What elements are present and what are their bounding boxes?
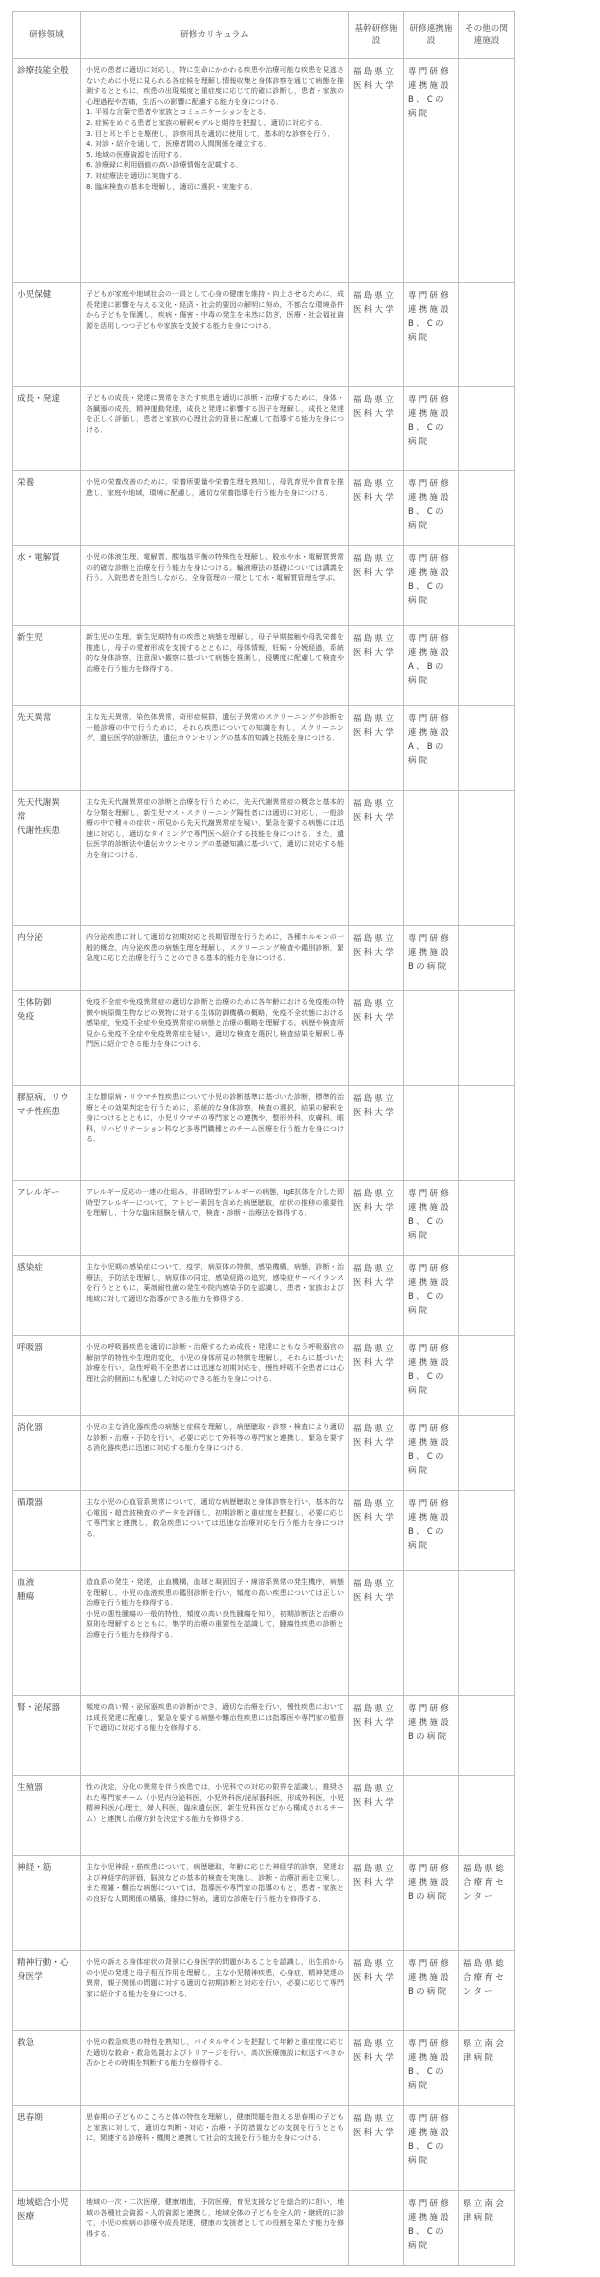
curriculum-text: 主な小児神経・筋疾患について，病歴聴取，年齢に応じた神経学的診察，発達および神経…: [86, 1862, 344, 1904]
cell-other-facility: [459, 926, 515, 991]
curriculum-text: 免疫不全症や免疫異常症の適切な診断と治療のために各年齢における免疫能の特徴や病原…: [86, 997, 344, 1050]
cell-base-facility: 福島県立医科大学: [349, 1571, 404, 1696]
cell-base-facility: 福島県立医科大学: [349, 791, 404, 926]
curriculum-table-container: 研修領域 研修カリキュラム 基幹研修施設 研修連携施設 その他の関連施設 診療技…: [12, 11, 515, 2266]
cell-curriculum: 内分泌疾患に対して適切な初期対応と長期管理を行うために，各種ホルモンの一般的概念…: [81, 926, 349, 991]
table-body: 診療技能全般小児の患者に適切に対応し，特に生命にかかわる疾患や治療可能な疾患を見…: [13, 59, 515, 2266]
cell-curriculum: 主な小児期の感染症について，疫学，病原体の特徴，感染機構，病態，診断・治療法，予…: [81, 1256, 349, 1336]
cell-partner-facility: [404, 991, 459, 1086]
area-line: 免疫: [17, 1010, 76, 1024]
curriculum-text: 小児の患者に適切に対応し，特に生命にかかわる疾患や治療可能な疾患を見逃さないため…: [86, 65, 344, 107]
cell-other-facility: 県立南会津病院: [459, 2191, 515, 2266]
cell-partner-facility: 専門研修連携施設Bの病院: [404, 1856, 459, 1951]
table-row: 栄養小児の栄養改善のために，栄養所要量や栄養生理を熟知し，母乳育児や食育を推進し…: [13, 471, 515, 546]
curriculum-list-item: 1. 平易な言葉で患者や家族とコミュニケーションをとる．: [86, 107, 344, 118]
curriculum-text: 思春期の子どものこころと体の特性を理解し，健康問題を抱える思春期の子どもと家族に…: [86, 2112, 344, 2144]
cell-other-facility: [459, 791, 515, 926]
area-line: 先天代謝異: [17, 796, 76, 810]
cell-partner-facility: [404, 1776, 459, 1856]
cell-other-facility: [459, 1696, 515, 1776]
cell-partner-facility: 専門研修連携施設A、Bの病院: [404, 706, 459, 791]
curriculum-text: アレルギー反応の一連の仕組み，非即時型アレルギーの病態，IgE抗体を介した即時型…: [86, 1187, 344, 1219]
table-row: 思春期思春期の子どものこころと体の特性を理解し，健康問題を抱える思春期の子どもと…: [13, 2106, 515, 2191]
cell-area: 小児保健: [13, 283, 81, 387]
table-row: 先天異常主な先天異常，染色体異常，奇形症候群，遺伝子異常のスクリーニングや診断を…: [13, 706, 515, 791]
cell-area: 地域総合小児医療: [13, 2191, 81, 2266]
curriculum-text: 小児の呼吸器疾患を適切に診断・治療するため成長・発達にともなう呼吸器官の解剖学的…: [86, 1342, 344, 1384]
curriculum-text: 小児の訴える身体症状の背景に心身医学的問題があることを認識し，出生前からの小児の…: [86, 1957, 344, 1999]
cell-area: 救急: [13, 2031, 81, 2106]
table-row: 生殖器性の決定，分化の異常を伴う疾患では，小児科での対応の限界を認識し，推奨され…: [13, 1776, 515, 1856]
area-line: 常: [17, 810, 76, 824]
cell-other-facility: [459, 1336, 515, 1416]
table-row: 膠原病、リウマチ性疾患主な膠原病・リウマチ性疾患について小児の診断基準に基づいた…: [13, 1086, 515, 1181]
cell-area: 感染症: [13, 1256, 81, 1336]
cell-base-facility: 福島県立医科大学: [349, 1256, 404, 1336]
cell-area: アレルギー: [13, 1181, 81, 1256]
cell-other-facility: [459, 706, 515, 791]
cell-partner-facility: 専門研修連携施設Bの病院: [404, 1951, 459, 2031]
curriculum-list-item: 4. 対診・紹介を通して，医療者間の人間関係を確立する．: [86, 139, 344, 150]
cell-other-facility: [459, 59, 515, 283]
cell-curriculum: 主な先天代謝異常症の診断と治療を行うために，先天代謝異常症の概念と基本的な分類を…: [81, 791, 349, 926]
curriculum-list-item: 8. 臨床検査の基本を理解し，適切に選択・実施する．: [86, 182, 344, 193]
table-row: アレルギーアレルギー反応の一連の仕組み，非即時型アレルギーの病態，IgE抗体を介…: [13, 1181, 515, 1256]
curriculum-text: 小児の救急疾患の特性を熟知し，バイタルサインを把握して年齢と重症度に応じた適切な…: [86, 2037, 344, 2069]
cell-partner-facility: [404, 1086, 459, 1181]
curriculum-text: 主な先天代謝異常症の診断と治療を行うために，先天代謝異常症の概念と基本的な分類を…: [86, 797, 344, 861]
cell-curriculum: 小児の体液生理、電解質、酸塩基平衡の特殊性を理解し、脱水や水・電解質異常の的確な…: [81, 546, 349, 626]
cell-other-facility: 福島県総合療育センター: [459, 1856, 515, 1951]
table-row: 循環器主な小児の心血管系異常について，適切な病歴聴取と身体診察を行い，基本的な心…: [13, 1491, 515, 1571]
table-row: 新生児新生児の生理，新生児期特有の疾患と病態を理解し，母子早期接触や母乳栄養を推…: [13, 626, 515, 706]
cell-area: 内分泌: [13, 926, 81, 991]
cell-base-facility: 福島県立医科大学: [349, 1856, 404, 1951]
cell-other-facility: [459, 1571, 515, 1696]
cell-area: 血液腫瘍: [13, 1571, 81, 1696]
cell-curriculum: 小児の訴える身体症状の背景に心身医学的問題があることを認識し，出生前からの小児の…: [81, 1951, 349, 2031]
cell-curriculum: 小児の主な消化器疾患の病態と症候を理解し，病歴聴取・診察・検査により適切な診断・…: [81, 1416, 349, 1491]
cell-base-facility: 福島県立医科大学: [349, 546, 404, 626]
cell-area: 生殖器: [13, 1776, 81, 1856]
cell-other-facility: [459, 283, 515, 387]
curriculum-table: 研修領域 研修カリキュラム 基幹研修施設 研修連携施設 その他の関連施設 診療技…: [12, 11, 515, 2266]
cell-partner-facility: 専門研修連携施設B、Cの病院: [404, 2106, 459, 2191]
area-line: 代謝性疾患: [17, 824, 76, 838]
cell-area: 先天代謝異常代謝性疾患: [13, 791, 81, 926]
cell-partner-facility: 専門研修連携施設B、Cの病院: [404, 471, 459, 546]
table-row: 成長・発達子どもの成長・発達に異常をきたす疾患を適切に診断・治療するために，身体…: [13, 387, 515, 471]
cell-area: 腎・泌尿器: [13, 1696, 81, 1776]
table-row: 救急小児の救急疾患の特性を熟知し，バイタルサインを把握して年齢と重症度に応じた適…: [13, 2031, 515, 2106]
cell-base-facility: 福島県立医科大学: [349, 626, 404, 706]
cell-curriculum: 子どもの成長・発達に異常をきたす疾患を適切に診断・治療するために，身体・各臓器の…: [81, 387, 349, 471]
cell-area: 診療技能全般: [13, 59, 81, 283]
table-row: 呼吸器小児の呼吸器疾患を適切に診断・治療するため成長・発達にともなう呼吸器官の解…: [13, 1336, 515, 1416]
cell-partner-facility: 専門研修連携施設A、Bの病院: [404, 626, 459, 706]
cell-other-facility: [459, 1181, 515, 1256]
curriculum-text: 主な小児期の感染症について，疫学，病原体の特徴，感染機構，病態，診断・治療法，予…: [86, 1262, 344, 1304]
cell-curriculum: 地域の一次・二次医療，健康増進，予防医療，育児支援などを総合的に担い，地域の各種…: [81, 2191, 349, 2266]
cell-base-facility: 福島県立医科大学: [349, 2106, 404, 2191]
cell-area: 新生児: [13, 626, 81, 706]
cell-curriculum: 主な膠原病・リウマチ性疾患について小児の診断基準に基づいた診断，標準的治療とその…: [81, 1086, 349, 1181]
table-row: 消化器小児の主な消化器疾患の病態と症候を理解し，病歴聴取・診察・検査により適切な…: [13, 1416, 515, 1491]
cell-partner-facility: 専門研修連携施設B、Cの病院: [404, 2031, 459, 2106]
cell-other-facility: [459, 1491, 515, 1571]
cell-curriculum: 思春期の子どものこころと体の特性を理解し，健康問題を抱える思春期の子どもと家族に…: [81, 2106, 349, 2191]
cell-base-facility: 福島県立医科大学: [349, 1336, 404, 1416]
cell-other-facility: [459, 546, 515, 626]
table-row: 先天代謝異常代謝性疾患主な先天代謝異常症の診断と治療を行うために，先天代謝異常症…: [13, 791, 515, 926]
curriculum-text: 新生児の生理，新生児期特有の疾患と病態を理解し，母子早期接触や母乳栄養を推進し，…: [86, 632, 344, 674]
curriculum-text: 性の決定，分化の異常を伴う疾患では，小児科での対応の限界を認識し，推奨された専門…: [86, 1782, 344, 1824]
area-line: 生体防御: [17, 996, 76, 1010]
table-row: 内分泌内分泌疾患に対して適切な初期対応と長期管理を行うために，各種ホルモンの一般…: [13, 926, 515, 991]
table-row: 地域総合小児医療地域の一次・二次医療，健康増進，予防医療，育児支援などを総合的に…: [13, 2191, 515, 2266]
cell-base-facility: 福島県立医科大学: [349, 1696, 404, 1776]
cell-base-facility: [349, 2191, 404, 2266]
cell-partner-facility: 専門研修連携施設Bの病院: [404, 1696, 459, 1776]
cell-other-facility: [459, 387, 515, 471]
cell-other-facility: [459, 1416, 515, 1491]
cell-other-facility: 福島県総合療育センター: [459, 1951, 515, 2031]
cell-other-facility: [459, 991, 515, 1086]
table-row: 感染症主な小児期の感染症について，疫学，病原体の特徴，感染機構，病態，診断・治療…: [13, 1256, 515, 1336]
cell-curriculum: 免疫不全症や免疫異常症の適切な診断と治療のために各年齢における免疫能の特徴や病原…: [81, 991, 349, 1086]
table-row: 水・電解質小児の体液生理、電解質、酸塩基平衡の特殊性を理解し、脱水や水・電解質異…: [13, 546, 515, 626]
table-row: 血液腫瘍造血系の発生・発達，止血機構，血球と凝固因子・線溶系異常の発生機序，病態…: [13, 1571, 515, 1696]
cell-partner-facility: 専門研修連携施設B、Cの病院: [404, 546, 459, 626]
cell-partner-facility: [404, 791, 459, 926]
table-row: 生体防御免疫免疫不全症や免疫異常症の適切な診断と治療のために各年齢における免疫能…: [13, 991, 515, 1086]
cell-curriculum: 小児の救急疾患の特性を熟知し，バイタルサインを把握して年齢と重症度に応じた適切な…: [81, 2031, 349, 2106]
cell-curriculum: 新生児の生理，新生児期特有の疾患と病態を理解し，母子早期接触や母乳栄養を推進し，…: [81, 626, 349, 706]
cell-area: 先天異常: [13, 706, 81, 791]
cell-partner-facility: 専門研修連携施設B、Cの病院: [404, 1181, 459, 1256]
curriculum-text: 主な膠原病・リウマチ性疾患について小児の診断基準に基づいた診断，標準的治療とその…: [86, 1092, 344, 1145]
cell-base-facility: 福島県立医科大学: [349, 1086, 404, 1181]
cell-curriculum: 子どもが家庭や地域社会の一員として心身の健康を維持・向上させるために，成長発達に…: [81, 283, 349, 387]
cell-curriculum: 性の決定，分化の異常を伴う疾患では，小児科での対応の限界を認識し，推奨された専門…: [81, 1776, 349, 1856]
curriculum-text: 小児の栄養改善のために，栄養所要量や栄養生理を熟知し，母乳育児や食育を推進し，家…: [86, 477, 344, 498]
curriculum-list-item: 2. 症候をめぐる患者と家族の解釈モデルと期待を把握し，適切に対応する．: [86, 118, 344, 129]
cell-base-facility: 福島県立医科大学: [349, 991, 404, 1086]
cell-base-facility: 福島県立医科大学: [349, 387, 404, 471]
cell-area: 栄養: [13, 471, 81, 546]
cell-area: 膠原病、リウマチ性疾患: [13, 1086, 81, 1181]
curriculum-text: 子どもの成長・発達に異常をきたす疾患を適切に診断・治療するために，身体・各臓器の…: [86, 393, 344, 435]
cell-curriculum: 主な先天異常，染色体異常，奇形症候群，遺伝子異常のスクリーニングや診断を一般診療…: [81, 706, 349, 791]
table-row: 診療技能全般小児の患者に適切に対応し，特に生命にかかわる疾患や治療可能な疾患を見…: [13, 59, 515, 283]
cell-curriculum: 頻度の高い腎・泌尿器疾患の診断ができ，適切な治療を行い，慢性疾患においては成長発…: [81, 1696, 349, 1776]
cell-base-facility: 福島県立医科大学: [349, 1416, 404, 1491]
cell-area: 成長・発達: [13, 387, 81, 471]
cell-curriculum: 小児の栄養改善のために，栄養所要量や栄養生理を熟知し，母乳育児や食育を推進し，家…: [81, 471, 349, 546]
cell-partner-facility: 専門研修連携施設B、Cの病院: [404, 1416, 459, 1491]
table-row: 小児保健子どもが家庭や地域社会の一員として心身の健康を維持・向上させるために，成…: [13, 283, 515, 387]
curriculum-text: 主な先天異常，染色体異常，奇形症候群，遺伝子異常のスクリーニングや診断を一般診療…: [86, 712, 344, 744]
cell-partner-facility: [404, 1571, 459, 1696]
cell-base-facility: 福島県立医科大学: [349, 59, 404, 283]
cell-curriculum: 小児の患者に適切に対応し，特に生命にかかわる疾患や治療可能な疾患を見逃さないため…: [81, 59, 349, 283]
cell-area: 呼吸器: [13, 1336, 81, 1416]
cell-other-facility: [459, 1256, 515, 1336]
cell-base-facility: 福島県立医科大学: [349, 2031, 404, 2106]
cell-partner-facility: 専門研修連携施設B、Cの病院: [404, 283, 459, 387]
curriculum-list-item: 3. 目と耳と手とを駆使し，診察用具を適切に使用して，基本的な診察を行う．: [86, 129, 344, 140]
cell-area: 神経・筋: [13, 1856, 81, 1951]
cell-base-facility: 福島県立医科大学: [349, 1181, 404, 1256]
cell-base-facility: 福島県立医科大学: [349, 1951, 404, 2031]
cell-area: 循環器: [13, 1491, 81, 1571]
cell-other-facility: [459, 1776, 515, 1856]
cell-area: 水・電解質: [13, 546, 81, 626]
cell-partner-facility: 専門研修連携施設B、Cの病院: [404, 2191, 459, 2266]
area-line: 血液: [17, 1576, 76, 1590]
header-curriculum: 研修カリキュラム: [81, 12, 349, 59]
cell-other-facility: [459, 2106, 515, 2191]
cell-base-facility: 福島県立医科大学: [349, 706, 404, 791]
cell-curriculum: 造血系の発生・発達，止血機構，血球と凝固因子・線溶系異常の発生機序，病態を理解し…: [81, 1571, 349, 1696]
cell-area: 生体防御免疫: [13, 991, 81, 1086]
header-area: 研修領域: [13, 12, 81, 59]
header-partner-facility: 研修連携施設: [404, 12, 459, 59]
cell-partner-facility: 専門研修連携施設B、Cの病院: [404, 1491, 459, 1571]
cell-area: 精神行動・心身医学: [13, 1951, 81, 2031]
curriculum-text: 地域の一次・二次医療，健康増進，予防医療，育児支援などを総合的に担い，地域の各種…: [86, 2197, 344, 2239]
cell-partner-facility: 専門研修連携施設B、Cの病院: [404, 1336, 459, 1416]
table-row: 精神行動・心身医学小児の訴える身体症状の背景に心身医学的問題があることを認識し，…: [13, 1951, 515, 2031]
curriculum-text: 小児の主な消化器疾患の病態と症候を理解し，病歴聴取・診察・検査により適切な診断・…: [86, 1422, 344, 1454]
curriculum-list-item: 5. 地域の医療資源を活用する．: [86, 150, 344, 161]
table-header-row: 研修領域 研修カリキュラム 基幹研修施設 研修連携施設 その他の関連施設: [13, 12, 515, 59]
cell-other-facility: 県立南会津病院: [459, 2031, 515, 2106]
area-line: 腫瘍: [17, 1590, 76, 1604]
curriculum-list-item: 7. 対症療法を適切に実施する．: [86, 171, 344, 182]
cell-partner-facility: 専門研修連携施設B、Cの病院: [404, 1256, 459, 1336]
cell-base-facility: 福島県立医科大学: [349, 926, 404, 991]
cell-partner-facility: 専門研修連携施設B、Cの病院: [404, 387, 459, 471]
cell-base-facility: 福島県立医科大学: [349, 471, 404, 546]
cell-base-facility: 福島県立医科大学: [349, 1776, 404, 1856]
header-base-facility: 基幹研修施設: [349, 12, 404, 59]
table-row: 神経・筋主な小児神経・筋疾患について，病歴聴取，年齢に応じた神経学的診察，発達お…: [13, 1856, 515, 1951]
cell-partner-facility: 専門研修連携施設Bの病院: [404, 926, 459, 991]
cell-base-facility: 福島県立医科大学: [349, 283, 404, 387]
cell-other-facility: [459, 1086, 515, 1181]
cell-curriculum: アレルギー反応の一連の仕組み，非即時型アレルギーの病態，IgE抗体を介した即時型…: [81, 1181, 349, 1256]
curriculum-text: 内分泌疾患に対して適切な初期対応と長期管理を行うために，各種ホルモンの一般的概念…: [86, 932, 344, 964]
table-row: 腎・泌尿器頻度の高い腎・泌尿器疾患の診断ができ，適切な治療を行い，慢性疾患におい…: [13, 1696, 515, 1776]
curriculum-text-secondary: 小児の悪性腫瘍の一般的特性，頻度の高い良性腫瘍を知り，初期診断法と治療の原則を理…: [86, 1609, 344, 1641]
header-other-facility: その他の関連施設: [459, 12, 515, 59]
cell-partner-facility: 専門研修連携施設B、Cの病院: [404, 59, 459, 283]
cell-base-facility: 福島県立医科大学: [349, 1491, 404, 1571]
cell-curriculum: 主な小児神経・筋疾患について，病歴聴取，年齢に応じた神経学的診察，発達および神経…: [81, 1856, 349, 1951]
cell-other-facility: [459, 626, 515, 706]
cell-other-facility: [459, 471, 515, 546]
curriculum-text: 小児の体液生理、電解質、酸塩基平衡の特殊性を理解し、脱水や水・電解質異常の的確な…: [86, 552, 344, 584]
curriculum-text: 造血系の発生・発達，止血機構，血球と凝固因子・線溶系異常の発生機序，病態を理解し…: [86, 1577, 344, 1609]
curriculum-list-item: 6. 診療録に利用価値の高い診療情報を記載する．: [86, 160, 344, 171]
cell-area: 消化器: [13, 1416, 81, 1491]
curriculum-text: 頻度の高い腎・泌尿器疾患の診断ができ，適切な治療を行い，慢性疾患においては成長発…: [86, 1702, 344, 1734]
cell-curriculum: 主な小児の心血管系異常について，適切な病歴聴取と身体診察を行い，基本的な心電図・…: [81, 1491, 349, 1571]
curriculum-text: 主な小児の心血管系異常について，適切な病歴聴取と身体診察を行い，基本的な心電図・…: [86, 1497, 344, 1539]
cell-area: 思春期: [13, 2106, 81, 2191]
curriculum-text: 子どもが家庭や地域社会の一員として心身の健康を維持・向上させるために，成長発達に…: [86, 289, 344, 331]
cell-curriculum: 小児の呼吸器疾患を適切に診断・治療するため成長・発達にともなう呼吸器官の解剖学的…: [81, 1336, 349, 1416]
